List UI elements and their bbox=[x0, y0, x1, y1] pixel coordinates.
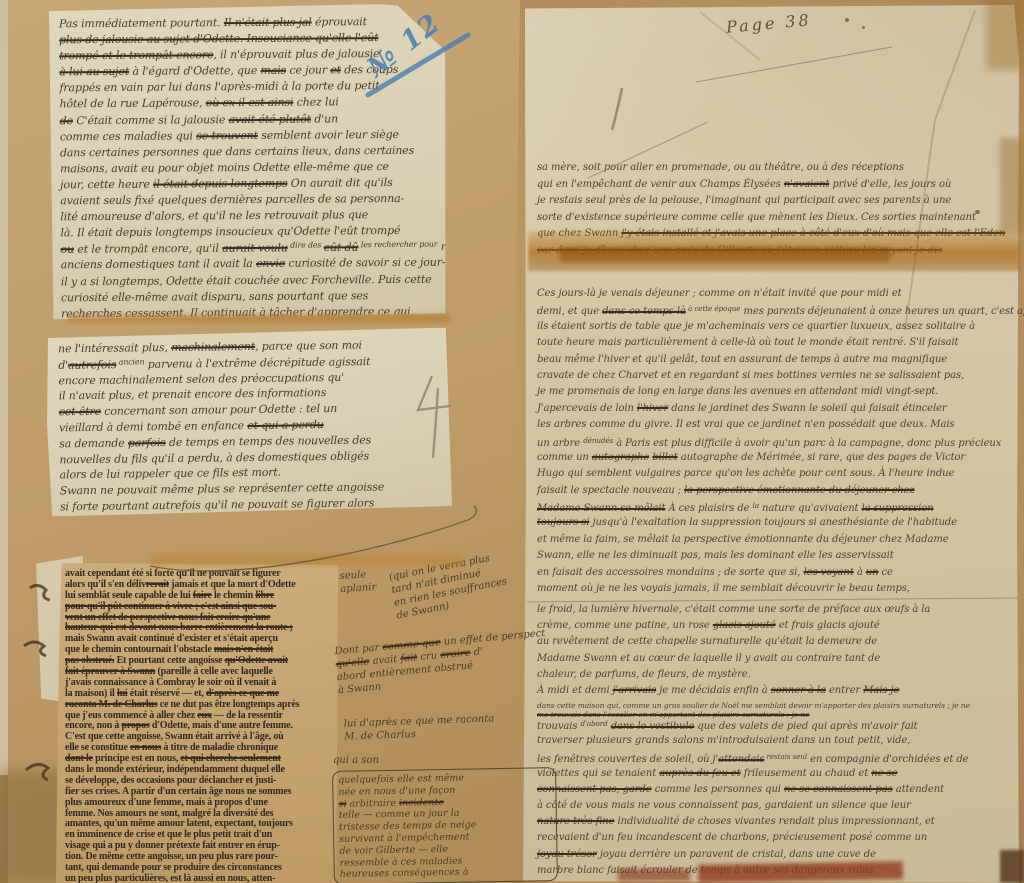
left-middle-fragment-text: ne l'intéressait plus, machinalement, pa… bbox=[58, 338, 384, 516]
manuscript-line: moment où je ne les voyais jamais, il me… bbox=[537, 583, 1019, 599]
manuscript-line: car dans je dînais chez une amie de Gilb… bbox=[537, 245, 1019, 262]
manuscript-line: lui semblât seule capable de lui faire l… bbox=[65, 590, 299, 601]
manuscript-line: elle se constitue en nous à titre de mal… bbox=[65, 742, 299, 753]
manuscript-line: pas obstrué. Et pourtant cette angoisse … bbox=[65, 655, 299, 666]
manuscript-line: fier ses crises. A partir d'un certain â… bbox=[65, 786, 299, 797]
manuscript-line: cravate de chez Charvet et en regardant … bbox=[537, 370, 1019, 386]
manuscript-line: heureuses conséquences à bbox=[340, 866, 552, 881]
printed-clipping: avait cependant été si forte qu'il ne po… bbox=[56, 563, 338, 883]
manuscript-line: violettes qui se tenaient auprès du feu … bbox=[537, 768, 1019, 784]
manuscript-line: Ces jours-là je venais déjeuner ; comme … bbox=[537, 288, 1019, 304]
manuscript-line: chaleur, de parfums, de fleurs, de mystè… bbox=[537, 669, 1019, 685]
printed-clipping-text: avait cependant été si forte qu'il ne po… bbox=[65, 568, 299, 883]
manuscript-line: amantes, qu'un même amour latent, expect… bbox=[65, 818, 299, 829]
manuscript-line: Madame Swann se mêlait À ces plaisirs de… bbox=[537, 501, 1019, 517]
manuscript-line: dont le principe est en nous, et qui che… bbox=[65, 753, 299, 764]
manuscript-line: femme. Nos amours ne sont, malgré la div… bbox=[65, 808, 299, 819]
manuscript-line: crème, comme une patine, un rose glacis … bbox=[537, 620, 1019, 636]
manuscript-line: et même la faim, se mêlait la perspectiv… bbox=[537, 534, 1019, 550]
manuscript-line: Swann, elle ne les diminuait pas, mais l… bbox=[537, 550, 1019, 566]
manuscript-line: mais Swann avait continué d'exister et s… bbox=[65, 633, 299, 644]
manuscript-line: qui a son bbox=[333, 755, 379, 768]
manuscript-line: la maison) il lui était réservé — et, d'… bbox=[65, 688, 299, 699]
left-middle-fragment: ne l'intéressait plus, machinalement, pa… bbox=[46, 328, 452, 517]
margin-note-boxed: quelquefois elle est mêmenée en nous d'u… bbox=[332, 767, 558, 883]
manuscript-line: faisait le spectacle nouveau ; la perspe… bbox=[537, 485, 1019, 501]
right-paragraph-1: sa mère, soit pour aller en promenade, o… bbox=[537, 162, 1019, 261]
manuscript-line: Hugo qui semblent vulgaires parce qu'on … bbox=[537, 468, 1019, 484]
ink-speck bbox=[845, 18, 849, 22]
left-top-fragment-text: Pas immédiatement pourtant. Il n'était p… bbox=[59, 14, 506, 323]
manuscript-line: sa mère, soit pour aller en promenade, o… bbox=[537, 162, 1019, 179]
right-paragraph-2: Ces jours-là je venais déjeuner ; comme … bbox=[537, 288, 1019, 599]
ink-speck bbox=[975, 210, 980, 214]
manuscript-line: un peu plus particulières, est là aussi … bbox=[65, 873, 299, 883]
manuscript-line: J'apercevais de loin l'hiver dans le jar… bbox=[537, 403, 1019, 419]
manuscript-line: plus amoureux d'une femme, mais à propos… bbox=[65, 797, 299, 808]
manuscript-line: en imminence de crise et que le plus pet… bbox=[65, 829, 299, 840]
manuscript-line: marbre blanc faisait écrouler de temps à… bbox=[537, 865, 1019, 881]
manuscript-line: qui en l'empêchant de venir aux Champs É… bbox=[537, 179, 1019, 196]
manuscript-line: demi, et que dans ce temps-là à cette ép… bbox=[537, 304, 1019, 320]
manuscript-line: que j'eus commencé à aller chez eux — de… bbox=[65, 710, 299, 721]
manuscript-line: que le chemin contournait l'obstacle mai… bbox=[65, 644, 299, 655]
margin-note-qui-a-son: qui a son bbox=[333, 755, 379, 768]
manuscript-line: C'est que cette angoisse, Swann était ar… bbox=[65, 731, 299, 742]
manuscript-line: en faisait des accessoires mondains ; de… bbox=[537, 567, 1019, 583]
manuscript-line: je restais seul près de la pelouse, l'im… bbox=[537, 195, 1019, 212]
manuscript-line: À midi et demi j'arrivais je me décidais… bbox=[537, 685, 1019, 701]
manuscript-line: les fenêtres couvertes de soleil, où j'a… bbox=[537, 752, 1019, 768]
manuscript-line: je me promenais de long en large dans le… bbox=[537, 386, 1019, 402]
right-paragraph-3: le froid, la lumière hivernale, c'était … bbox=[537, 604, 1019, 881]
manuscript-line: nature très fine individualité de choses… bbox=[537, 816, 1019, 832]
manuscript-line: joyau trésor joyau derrière un paravent … bbox=[537, 849, 1019, 865]
manuscript-line: dans cette maison qui, comme un gros sou… bbox=[537, 701, 1019, 710]
manuscript-line: aplanir bbox=[340, 582, 377, 597]
manuscript-line: Madame Swann et au cœur de laquelle il y… bbox=[537, 653, 1019, 669]
ink-speck bbox=[862, 26, 865, 29]
manuscript-line: connaissent pas, garde comme les personn… bbox=[537, 784, 1019, 800]
manuscript-line: hauteur qui est devant nous barre entièr… bbox=[65, 622, 299, 633]
manuscript-line: que chez Swann j'y étais installé et j'a… bbox=[537, 228, 1019, 245]
manuscript-line: me trouvais dans l'escalier en m'apporta… bbox=[537, 710, 1019, 719]
manuscript-line: beau même l'hiver et qu'il gelât, tout e… bbox=[537, 354, 1019, 370]
manuscript-line: un arbre dénudés à Paris est plus diffic… bbox=[537, 436, 1019, 452]
manuscript-line: le froid, la lumière hivernale, c'était … bbox=[537, 604, 1019, 620]
margin-note-charlus: lui d'après ce que me racontaM. de Charl… bbox=[344, 713, 495, 744]
manuscript-line: ils étaient sortis de table que je m'ach… bbox=[537, 321, 1019, 337]
manuscript-line: visage qui a pu y donner prétexte fait e… bbox=[65, 840, 299, 851]
manuscript-line: recevaient d'un feu incandescent de char… bbox=[537, 832, 1019, 848]
manuscript-line: dans le monde extérieur, indépendamment … bbox=[65, 764, 299, 775]
margin-note-seule: seuleaplanir bbox=[339, 569, 376, 597]
manuscript-line: raconta M. de Charlus ce ne dut pas être… bbox=[65, 699, 299, 710]
manuscript-line: tion. De même cette angoisse, un peu plu… bbox=[65, 851, 299, 862]
manuscript-line: toujours si jusqu'à l'exaltation la supp… bbox=[537, 517, 1019, 533]
manuscript-line: encore, non à propos d'Odette, mais d'un… bbox=[65, 720, 299, 731]
manuscript-line: se développe, des occasions pour déclanc… bbox=[65, 775, 299, 786]
manuscript-line: fait éprouver à Swann (pareille à celle … bbox=[65, 666, 299, 677]
manuscript-scan: Pas immédiatement pourtant. Il n'était p… bbox=[0, 0, 1024, 883]
manuscript-line: les arbres comme du givre. Il est vrai q… bbox=[537, 419, 1019, 435]
manuscript-line: alors qu'il s'en délivrerait jamais et q… bbox=[65, 579, 299, 590]
manuscript-line: avait cependant été si forte qu'il ne po… bbox=[65, 568, 299, 579]
manuscript-line: toute heure mais particulièrement à cell… bbox=[537, 337, 1019, 353]
manuscript-line: à côté de vous mais ne vous connaissent … bbox=[537, 800, 1019, 816]
manuscript-line: vent un effet de perspective nous fait c… bbox=[65, 612, 299, 623]
manuscript-line: tant, qui demande pour se produire des c… bbox=[65, 862, 299, 873]
manuscript-line: trouvais d'abord dans le vestibule que d… bbox=[537, 719, 1019, 735]
manuscript-line: pour qu'il pût continuer à vivre ; c'est… bbox=[65, 601, 299, 612]
manuscript-line: traverser plusieurs grands salons m'intr… bbox=[537, 735, 1019, 751]
manuscript-line: au revêtement de cette chapelle surnatur… bbox=[537, 636, 1019, 652]
manuscript-line: comme un autographe billet autographe de… bbox=[537, 452, 1019, 468]
manuscript-line: j'avais connaissance à Combray le soir o… bbox=[65, 677, 299, 688]
manuscript-line: sorte d'existence supérieure comme celle… bbox=[537, 212, 1019, 229]
